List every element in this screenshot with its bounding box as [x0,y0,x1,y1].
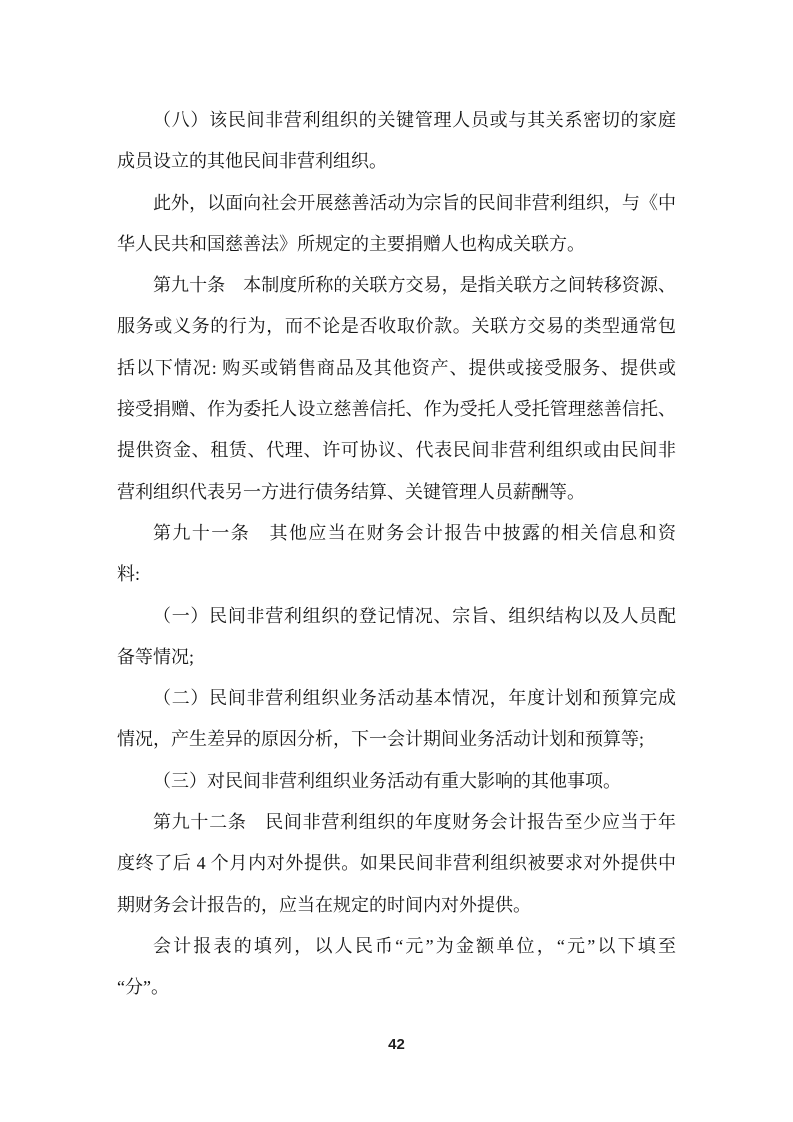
paragraph: 第九十条 本制度所称的关联方交易，是指关联方之间转移资源、服务或义务的行为，而不… [117,265,676,513]
text-line: 期财务会计报告的，应当在规定的时间内对外提供。 [117,885,676,926]
text-line: 第九十条 本制度所称的关联方交易，是指关联方之间转移资源、 [117,265,676,306]
paragraph: （八）该民间非营利组织的关键管理人员或与其关系密切的家庭成员设立的其他民间非营利… [117,100,676,183]
paragraph: 此外，以面向社会开展慈善活动为宗旨的民间非营利组织，与《中华人民共和国慈善法》所… [117,183,676,266]
document-body: （八）该民间非营利组织的关键管理人员或与其关系密切的家庭成员设立的其他民间非营利… [117,100,676,1009]
text-line: 料: [117,554,676,595]
text-line: 备等情况; [117,637,676,678]
paragraph: 会计报表的填列，以人民币“元”为金额单位，“元”以下填至“分”。 [117,926,676,1009]
page-number: 42 [0,1034,793,1056]
text-line: 度终了后 4 个月内对外提供。如果民间非营利组织被要求对外提供中 [117,843,676,884]
text-line: 华人民共和国慈善法》所规定的主要捐赠人也构成关联方。 [117,224,676,265]
paragraph: （三）对民间非营利组织业务活动有重大影响的其他事项。 [117,761,676,802]
text-line: （一）民间非营利组织的登记情况、宗旨、组织结构以及人员配 [117,596,676,637]
paragraph: （二）民间非营利组织业务活动基本情况，年度计划和预算完成情况，产生差异的原因分析… [117,678,676,761]
text-line: 第九十二条 民间非营利组织的年度财务会计报告至少应当于年 [117,802,676,843]
text-line: （八）该民间非营利组织的关键管理人员或与其关系密切的家庭 [117,100,676,141]
text-line: 情况，产生差异的原因分析，下一会计期间业务活动计划和预算等; [117,719,676,760]
paragraph: 第九十一条 其他应当在财务会计报告中披露的相关信息和资料: [117,513,676,596]
text-line: 成员设立的其他民间非营利组织。 [117,141,676,182]
text-line: （二）民间非营利组织业务活动基本情况，年度计划和预算完成 [117,678,676,719]
text-line: “分”。 [117,967,676,1008]
paragraph: 第九十二条 民间非营利组织的年度财务会计报告至少应当于年度终了后 4 个月内对外… [117,802,676,926]
text-line: 此外，以面向社会开展慈善活动为宗旨的民间非营利组织，与《中 [117,183,676,224]
text-line: 服务或义务的行为，而不论是否收取价款。关联方交易的类型通常包 [117,306,676,347]
text-line: （三）对民间非营利组织业务活动有重大影响的其他事项。 [117,761,676,802]
text-line: 括以下情况: 购买或销售商品及其他资产、提供或接受服务、提供或 [117,348,676,389]
paragraph: （一）民间非营利组织的登记情况、宗旨、组织结构以及人员配备等情况; [117,596,676,679]
text-line: 提供资金、租赁、代理、许可协议、代表民间非营利组织或由民间非 [117,430,676,471]
text-line: 会计报表的填列，以人民币“元”为金额单位，“元”以下填至 [117,926,676,967]
text-line: 接受捐赠、作为委托人设立慈善信托、作为受托人受托管理慈善信托、 [117,389,676,430]
document-page: （八）该民间非营利组织的关键管理人员或与其关系密切的家庭成员设立的其他民间非营利… [0,0,793,1122]
text-line: 营利组织代表另一方进行债务结算、关键管理人员薪酬等。 [117,472,676,513]
text-line: 第九十一条 其他应当在财务会计报告中披露的相关信息和资 [117,513,676,554]
